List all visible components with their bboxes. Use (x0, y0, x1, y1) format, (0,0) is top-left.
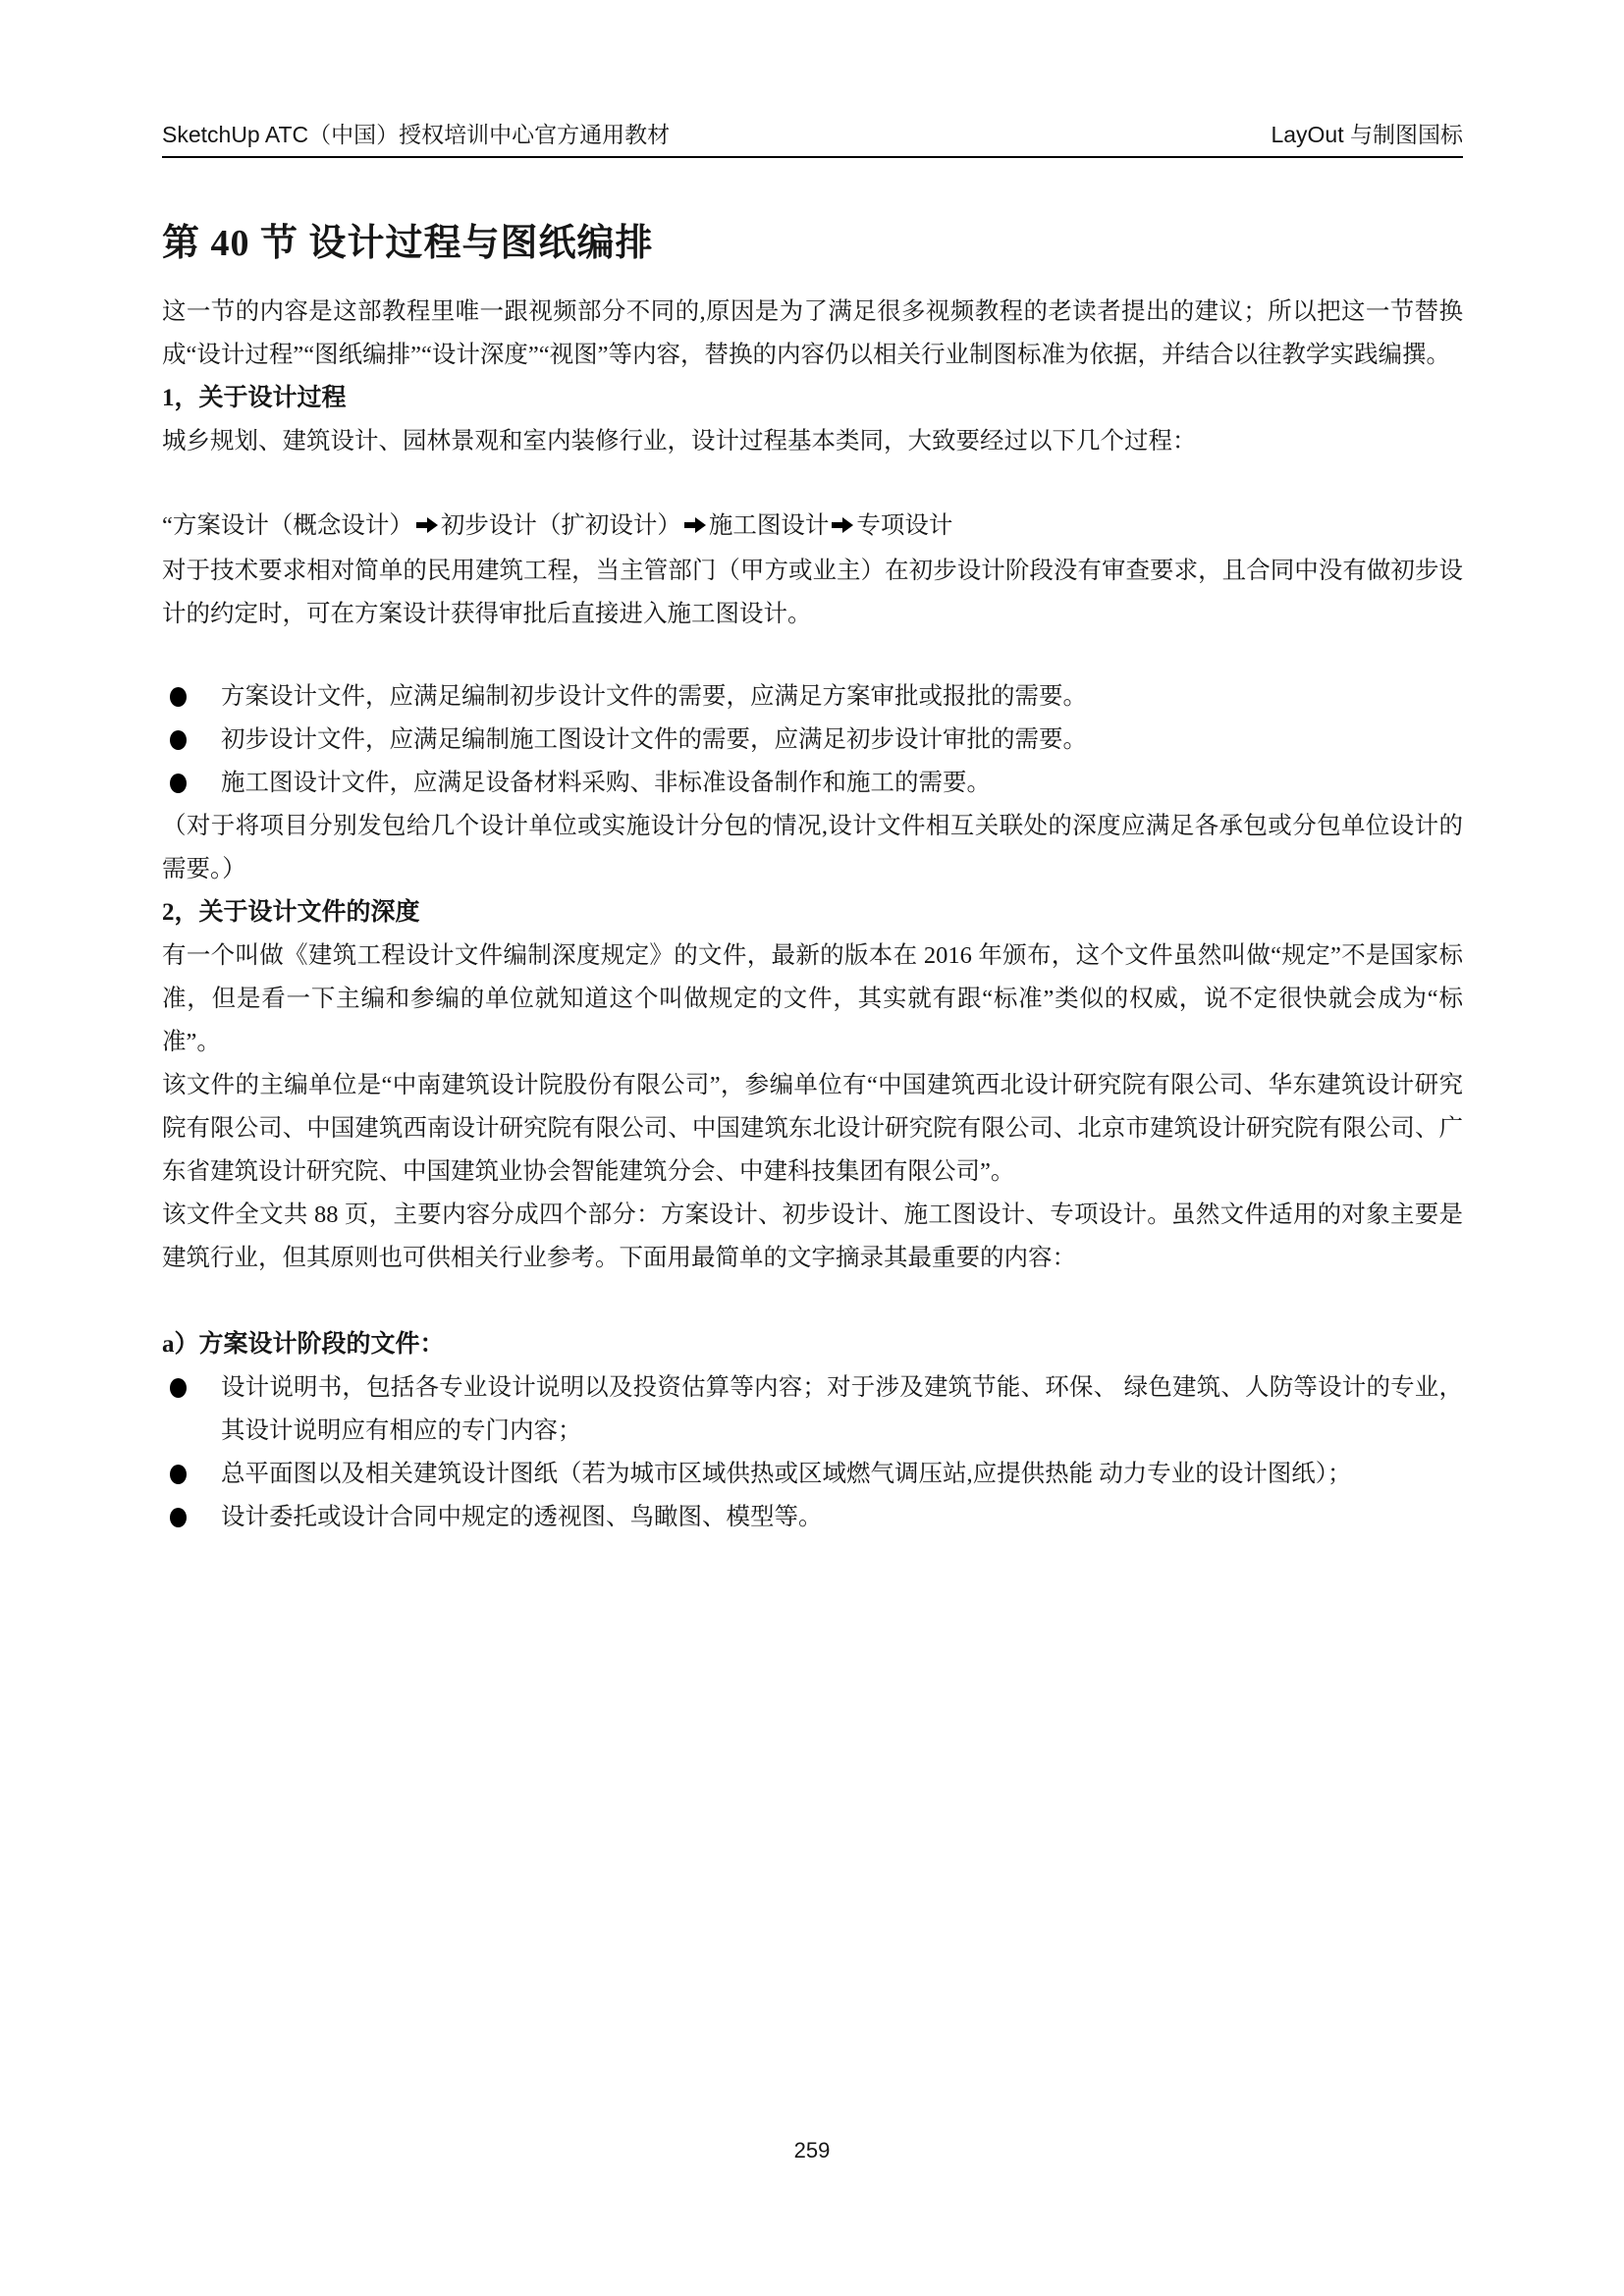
section2-heading: 2，关于设计文件的深度 (162, 891, 1463, 934)
list-item-text: 方案设计文件，应满足编制初步设计文件的需要，应满足方案审批或报批的需要。 (221, 683, 1087, 710)
flow-step-special-design: 专项设计 (856, 512, 952, 539)
page-number: 259 (0, 2138, 1624, 2163)
arrow-right-icon (683, 507, 707, 550)
bullet-icon (170, 730, 187, 750)
list-item-text: 设计委托或设计合同中规定的透视图、鸟瞰图、模型等。 (221, 1504, 823, 1530)
header-right-text: LayOut 与制图国标 (1271, 122, 1463, 147)
list-item-text: 施工图设计文件，应满足设备材料采购、非标准设备制作和施工的需要。 (221, 770, 991, 796)
section2-paragraph-3: 该文件全文共 88 页，主要内容分成四个部分：方案设计、初步设计、施工图设计、专… (162, 1194, 1463, 1280)
list-item: 设计委托或设计合同中规定的透视图、鸟瞰图、模型等。 (162, 1496, 1463, 1539)
list-item-text: 初步设计文件，应满足编制施工图设计文件的需要，应满足初步设计审批的需要。 (221, 726, 1087, 753)
list-item: 施工图设计文件，应满足设备材料采购、非标准设备制作和施工的需要。 (162, 762, 1463, 805)
bullet-icon (170, 1508, 187, 1527)
list-item: 初步设计文件，应满足编制施工图设计文件的需要，应满足初步设计审批的需要。 (162, 719, 1463, 762)
design-process-flow: “方案设计（概念设计）初步设计（扩初设计）施工图设计专项设计 (162, 505, 1463, 550)
section1-paragraph-2: 对于技术要求相对简单的民用建筑工程，当主管部门（甲方或业主）在初步设计阶段没有审… (162, 550, 1463, 636)
list-item: 方案设计文件，应满足编制初步设计文件的需要，应满足方案审批或报批的需要。 (162, 675, 1463, 719)
arrow-right-icon (831, 507, 854, 550)
header-left-text: SketchUp ATC（中国）授权培训中心官方通用教材 (162, 122, 670, 147)
arrow-right-icon (415, 507, 439, 550)
section1-paragraph-1: 城乡规划、建筑设计、园林景观和室内装修行业，设计过程基本类同，大致要经过以下几个… (162, 420, 1463, 463)
running-header: SketchUp ATC（中国）授权培训中心官方通用教材 LayOut 与制图国… (162, 122, 1463, 158)
section1-note-paragraph: （对于将项目分别发包给几个设计单位或实施设计分包的情况,设计文件相互关联处的深度… (162, 805, 1463, 891)
flow-step-preliminary-design: 初步设计（扩初设计） (441, 512, 681, 539)
list-item-text: 总平面图以及相关建筑设计图纸（若为城市区域供热或区域燃气调压站,应提供热能 动力… (221, 1461, 1352, 1487)
section2-bullet-list: 设计说明书，包括各专业设计说明以及投资估算等内容；对于涉及建筑节能、环保、 绿色… (162, 1366, 1463, 1539)
bullet-icon (170, 687, 187, 707)
section1-heading: 1，关于设计过程 (162, 377, 1463, 420)
bullet-icon (170, 1378, 187, 1398)
bullet-icon (170, 1465, 187, 1484)
page-title: 第 40 节 设计过程与图纸编排 (162, 221, 1463, 266)
bullet-icon (170, 774, 187, 793)
list-item: 总平面图以及相关建筑设计图纸（若为城市区域供热或区域燃气调压站,应提供热能 动力… (162, 1453, 1463, 1496)
flow-step-construction-drawing: 施工图设计 (709, 512, 830, 539)
section2-paragraph-1: 有一个叫做《建筑工程设计文件编制深度规定》的文件，最新的版本在 2016 年颁布… (162, 934, 1463, 1064)
section2-paragraph-2: 该文件的主编单位是“中南建筑设计院股份有限公司”，参编单位有“中国建筑西北设计研… (162, 1064, 1463, 1194)
flow-step-scheme-design: “方案设计（概念设计） (162, 512, 413, 539)
section1-bullet-list: 方案设计文件，应满足编制初步设计文件的需要，应满足方案审批或报批的需要。 初步设… (162, 675, 1463, 805)
list-item: 设计说明书，包括各专业设计说明以及投资估算等内容；对于涉及建筑节能、环保、 绿色… (162, 1366, 1463, 1453)
subsection-a-heading: a）方案设计阶段的文件： (162, 1323, 1463, 1366)
intro-paragraph: 这一节的内容是这部教程里唯一跟视频部分不同的,原因是为了满足很多视频教程的老读者… (162, 291, 1463, 377)
list-item-text: 设计说明书，包括各专业设计说明以及投资估算等内容；对于涉及建筑节能、环保、 绿色… (221, 1374, 1463, 1444)
page-content: SketchUp ATC（中国）授权培训中心官方通用教材 LayOut 与制图国… (0, 0, 1624, 1539)
document-page: SketchUp ATC（中国）授权培训中心官方通用教材 LayOut 与制图国… (0, 0, 1624, 2296)
